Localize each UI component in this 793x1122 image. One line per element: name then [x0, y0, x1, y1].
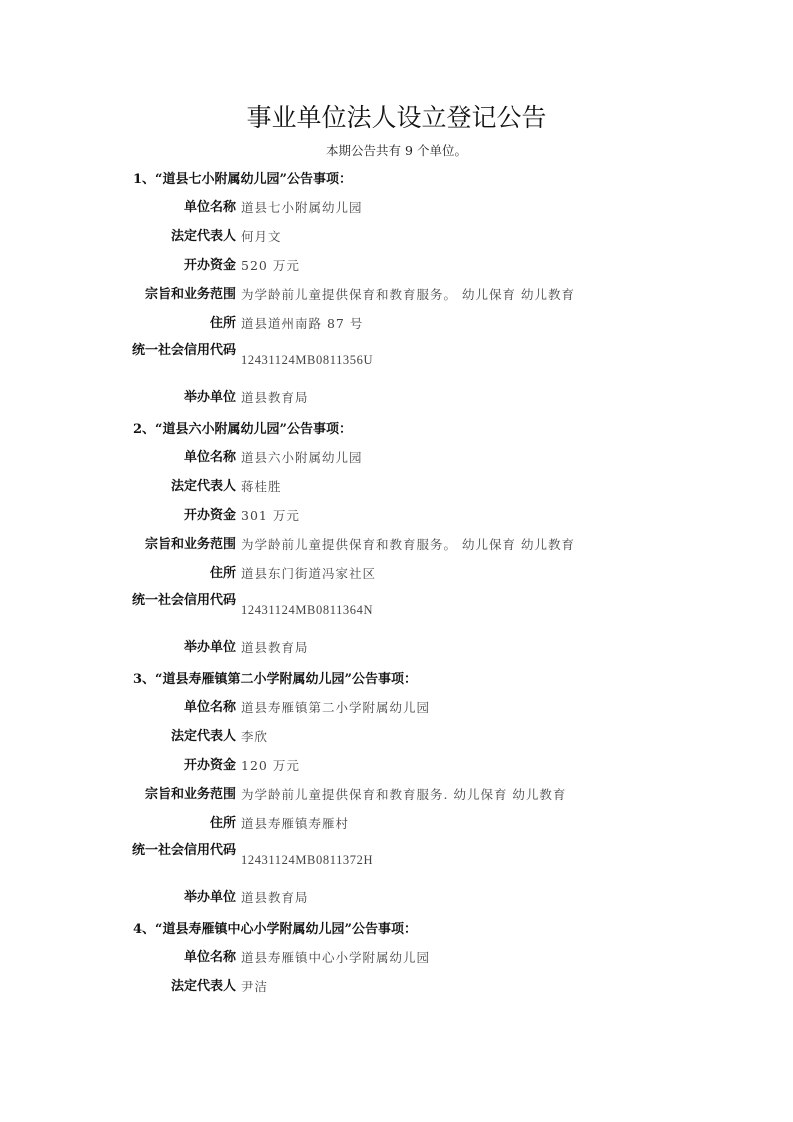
field-row-credit-code: 统一社会信用代码 12431124MB0811356U [130, 341, 650, 381]
field-value-address: 道县寿雁镇寿雁村 [241, 815, 349, 833]
field-value-capital: 520 万元 [241, 257, 300, 275]
field-row-sponsor: 举办单位 道县教育局 [130, 889, 650, 909]
field-label: 统一社会信用代码 [130, 341, 236, 360]
field-label: 开办资金 [130, 507, 236, 525]
field-row-sponsor: 举办单位 道县教育局 [130, 639, 650, 659]
field-value-scope: 为学龄前儿童提供保育和教育服务。 幼儿保育 幼儿教育 [241, 536, 575, 554]
field-row-sponsor: 举办单位 道县教育局 [130, 389, 650, 409]
field-label: 开办资金 [130, 257, 236, 275]
page-title: 事业单位法人设立登记公告 [0, 101, 793, 135]
field-row-address: 住所 道县东门街道冯家社区 [130, 565, 650, 585]
field-row-name: 单位名称 道县六小附属幼儿园 [130, 449, 650, 469]
field-label: 举办单位 [130, 389, 236, 407]
field-value-capital: 301 万元 [241, 507, 300, 525]
field-row-name: 单位名称 道县寿雁镇第二小学附属幼儿园 [130, 699, 650, 719]
field-value-name: 道县七小附属幼儿园 [241, 199, 363, 217]
field-value-sponsor: 道县教育局 [241, 389, 309, 407]
field-value-rep: 李欣 [241, 728, 268, 746]
field-row-scope: 宗旨和业务范围 为学龄前儿童提供保育和教育服务. 幼儿保育 幼儿教育 [130, 786, 650, 806]
field-label: 统一社会信用代码 [130, 591, 236, 610]
field-value-credit-code: 12431124MB0811372H [241, 851, 373, 869]
field-label: 法定代表人 [130, 978, 236, 996]
field-value-name: 道县寿雁镇第二小学附属幼儿园 [241, 699, 430, 717]
field-row-scope: 宗旨和业务范围 为学龄前儿童提供保育和教育服务。 幼儿保育 幼儿教育 [130, 536, 650, 556]
field-value-sponsor: 道县教育局 [241, 639, 309, 657]
field-row-credit-code: 统一社会信用代码 12431124MB0811372H [130, 841, 650, 881]
entry-heading: 4、“道县寿雁镇中心小学附属幼儿园”公告事项： [133, 921, 417, 939]
field-value-sponsor: 道县教育局 [241, 889, 309, 907]
field-value-credit-code: 12431124MB0811356U [241, 351, 373, 369]
field-row-name: 单位名称 道县寿雁镇中心小学附属幼儿园 [130, 949, 650, 969]
field-value-name: 道县六小附属幼儿园 [241, 449, 363, 467]
field-value-rep: 何月文 [241, 228, 282, 246]
field-label: 宗旨和业务范围 [130, 536, 236, 554]
field-value-scope: 为学龄前儿童提供保育和教育服务。 幼儿保育 幼儿教育 [241, 286, 575, 304]
field-value-rep: 尹洁 [241, 978, 268, 996]
field-row-scope: 宗旨和业务范围 为学龄前儿童提供保育和教育服务。 幼儿保育 幼儿教育 [130, 286, 650, 306]
field-label: 住所 [130, 565, 236, 583]
field-value-address: 道县东门街道冯家社区 [241, 565, 376, 583]
entry-heading: 2、“道县六小附属幼儿园”公告事项： [133, 421, 352, 439]
field-value-capital: 120 万元 [241, 757, 300, 775]
field-label: 住所 [130, 315, 236, 333]
field-row-address: 住所 道县寿雁镇寿雁村 [130, 815, 650, 835]
field-row-capital: 开办资金 120 万元 [130, 757, 650, 777]
field-label: 宗旨和业务范围 [130, 286, 236, 304]
field-label: 宗旨和业务范围 [130, 786, 236, 804]
field-label: 单位名称 [130, 199, 236, 217]
entry-heading: 1、“道县七小附属幼儿园”公告事项： [133, 171, 352, 189]
field-row-capital: 开办资金 301 万元 [130, 507, 650, 527]
field-value-name: 道县寿雁镇中心小学附属幼儿园 [241, 949, 430, 967]
field-label: 单位名称 [130, 949, 236, 967]
field-row-name: 单位名称 道县七小附属幼儿园 [130, 199, 650, 219]
field-label: 住所 [130, 815, 236, 833]
field-label: 统一社会信用代码 [130, 841, 236, 860]
field-label: 单位名称 [130, 449, 236, 467]
field-row-rep: 法定代表人 李欣 [130, 728, 650, 748]
document-page: 事业单位法人设立登记公告 本期公告共有 9 个单位。 1、“道县七小附属幼儿园”… [0, 0, 793, 1122]
field-label: 举办单位 [130, 889, 236, 907]
field-value-address: 道县道州南路 87 号 [241, 315, 363, 333]
field-label: 举办单位 [130, 639, 236, 657]
field-row-rep: 法定代表人 何月文 [130, 228, 650, 248]
field-value-rep: 蒋桂胜 [241, 478, 282, 496]
field-row-credit-code: 统一社会信用代码 12431124MB0811364N [130, 591, 650, 631]
field-row-address: 住所 道县道州南路 87 号 [130, 315, 650, 335]
field-label: 法定代表人 [130, 728, 236, 746]
page-subtitle: 本期公告共有 9 个单位。 [0, 142, 793, 160]
field-label: 法定代表人 [130, 478, 236, 496]
field-label: 开办资金 [130, 757, 236, 775]
field-label: 单位名称 [130, 699, 236, 717]
field-value-credit-code: 12431124MB0811364N [241, 601, 373, 619]
field-label: 法定代表人 [130, 228, 236, 246]
field-row-rep: 法定代表人 尹洁 [130, 978, 650, 998]
entry-heading: 3、“道县寿雁镇第二小学附属幼儿园”公告事项： [133, 671, 417, 689]
field-value-scope: 为学龄前儿童提供保育和教育服务. 幼儿保育 幼儿教育 [241, 786, 566, 804]
field-row-capital: 开办资金 520 万元 [130, 257, 650, 277]
field-row-rep: 法定代表人 蒋桂胜 [130, 478, 650, 498]
